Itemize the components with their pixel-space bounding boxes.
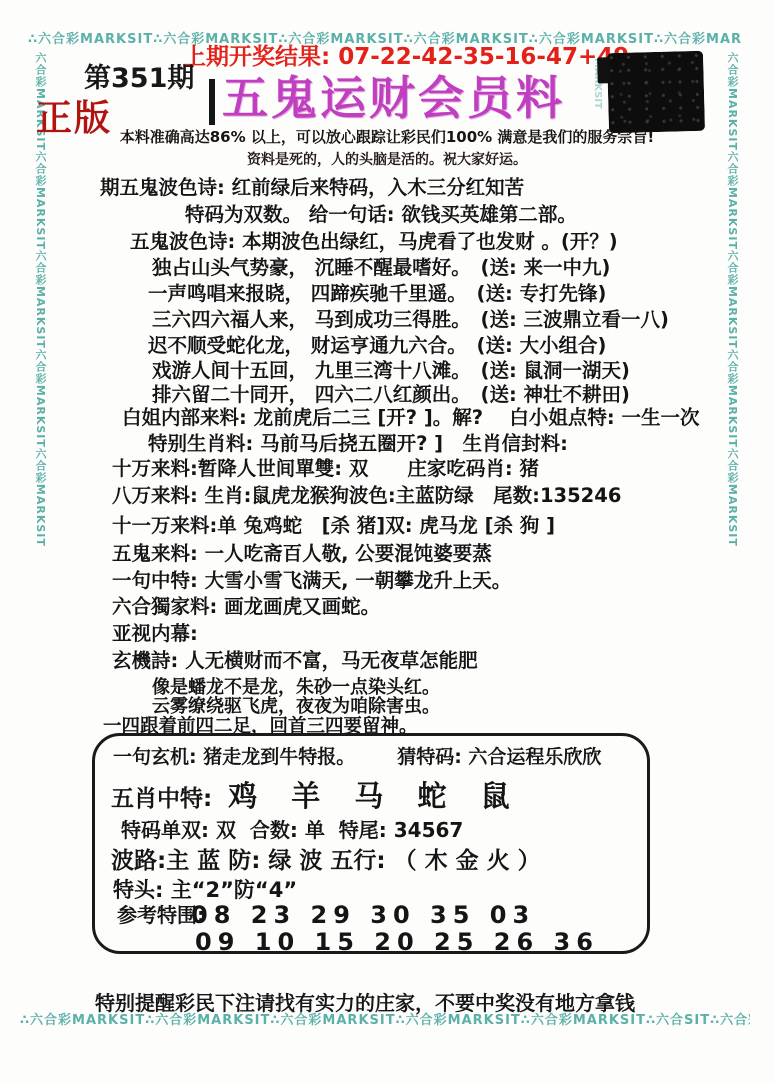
tip-line: 白姐内部来料: 龙前虎后二三 [开? ]。解? 白小姐点特: 一生一次 — [122, 402, 700, 430]
tip-line: 一句中特: 大雪小雪飞满天, 一朝攀龙升上天。 — [112, 565, 511, 593]
redaction-blob — [607, 51, 705, 133]
mystery-phrase: 一句玄机: 猪走龙到牛特报。 — [113, 742, 355, 769]
tip-line: 十万来料:暂降人世间單雙: 双 庄家吃码肖: 猪 — [112, 453, 539, 481]
tip-line: 五鬼来料: 一人吃斋百人敬, 公要混饨婆要蒸 — [112, 538, 492, 566]
tip-line: 亚视内幕: — [112, 618, 198, 646]
lottery-tip-sheet: ∴六合彩MARKSIT∴六合彩MARKSIT∴六合彩MARKSIT∴六合彩MAR… — [0, 0, 774, 1083]
five-zodiac-row: 五肖中特: 鸡 羊 马 蛇 鼠 — [111, 774, 522, 815]
page-title: 五鬼运财会员料 — [222, 62, 565, 128]
tip-line: 八万来料: 生肖:鼠虎龙猴狗波色:主蓝防绿 尾数:135246 — [112, 480, 621, 508]
tip-line: 玄機詩: 人无横财而不富，马无夜草怎能肥 — [112, 645, 478, 673]
five-zodiac-label: 五肖中特: — [111, 780, 212, 813]
mystery-row: 一句玄机: 猪走龙到牛特报。 猜特码: 六合运程乐欣欣 — [113, 742, 601, 769]
frame-border-left: 六合彩MARKSIT六合彩MARKSIT六合彩MARKSIT六合彩MARKSIT… — [31, 52, 48, 1004]
accuracy-slogan: 本料准确高达86% 以上，可以放心跟踪让彩民们100% 满意是我们的服务宗旨! — [0, 126, 774, 147]
poem-line: 一声鸣唱来报晓， 四蹄疾驰千里遥。 (送: 专打先锋) — [148, 278, 606, 306]
title-divider-bar — [209, 79, 215, 125]
tip-line: 期五鬼波色诗: 红前绿后来特码，入木三分红知苦 — [100, 172, 524, 200]
five-zodiac-values: 鸡 羊 马 蛇 鼠 — [228, 774, 521, 815]
reference-numbers-row2: 09 10 15 20 25 26 36 — [195, 928, 599, 956]
reference-numbers-row1: 08 23 29 30 35 03 — [191, 901, 535, 929]
wave-path-row: 波路:主 蓝 防: 绿 波 五行: （ 木 金 火 ） — [111, 842, 541, 875]
poem-line: 迟不顺受蛇化龙， 财运亨通九六合。 (送: 大小组合) — [148, 330, 606, 358]
prediction-box: 一句玄机: 猪走龙到牛特报。 猜特码: 六合运程乐欣欣 五肖中特: 鸡 羊 马 … — [92, 733, 650, 954]
frame-border-right: 六合彩MARKSIT六合彩MARKSIT六合彩MARKSIT六合彩MARKSIT… — [723, 52, 740, 1004]
tip-line: 特别生肖料: 马前马后挠五圈开? ] 生肖信封料: — [148, 428, 568, 456]
odd-even-row: 特码单双: 双 合数: 单 特尾: 34567 — [121, 814, 463, 843]
poem-line: 三六四六福人来， 马到成功三得胜。 (送: 三波鼎立看一八) — [152, 304, 669, 332]
poem-line: 独占山头气势豪， 沉睡不醒最嗜好。 (送: 来一中九) — [152, 252, 610, 280]
tip-line: 六合獨家料: 画龙画虎又画蛇。 — [112, 591, 380, 619]
tip-line: 十一万来料:单 兔鸡蛇 [杀 猪]双: 虎马龙 [杀 狗 ] — [112, 510, 555, 538]
motto-line: 资料是死的，人的头脑是活的。祝大家好运。 — [0, 149, 774, 169]
tip-line: 五鬼波色诗: 本期波色出绿红，马虎看了也发财 。(开？) — [130, 226, 618, 254]
footer-warning: 特别提醒彩民下注请找有实力的庄家，不要中奖没有地方拿钱 — [95, 987, 635, 1016]
guess-special: 猜特码: 六合运程乐欣欣 — [397, 742, 601, 769]
tip-line: 特码为双数。 给一句话: 欲钱买英雄第二部。 — [185, 199, 577, 227]
